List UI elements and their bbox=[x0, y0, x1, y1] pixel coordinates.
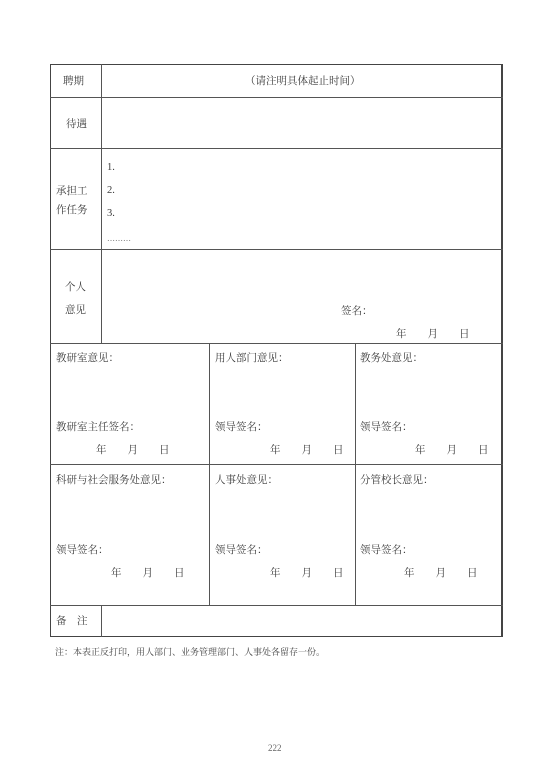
task-item-1[interactable]: 1. bbox=[107, 162, 115, 174]
teaching-office-opinion-label: 教研室意见： bbox=[56, 352, 119, 364]
tasks-label-line2: 作任务 bbox=[56, 204, 88, 216]
hiring-dept-signature-label: 领导签名： bbox=[215, 421, 268, 433]
hr-office-date: 年 月 日 bbox=[270, 567, 344, 579]
hiring-dept-opinion-label: 用人部门意见： bbox=[215, 352, 289, 364]
hr-office-opinion-label: 人事处意见： bbox=[215, 474, 278, 486]
row-divider bbox=[50, 148, 503, 149]
vice-president-opinion-label: 分管校长意见： bbox=[360, 474, 434, 486]
hr-office-signature-label: 领导签名： bbox=[215, 544, 268, 556]
research-office-signature-label: 领导签名： bbox=[56, 544, 109, 556]
hiring-dept-date: 年 月 日 bbox=[270, 444, 344, 456]
row-divider bbox=[50, 343, 503, 344]
term-field[interactable]: （请注明具体起止时间） bbox=[245, 75, 361, 87]
remarks-label: 备 注 bbox=[56, 615, 88, 627]
approval-column-divider bbox=[209, 343, 210, 605]
personal-label-line2: 意见 bbox=[65, 304, 86, 316]
task-ellipsis: ……… bbox=[107, 233, 131, 245]
remarks-field[interactable] bbox=[102, 606, 502, 636]
task-item-3[interactable]: 3. bbox=[107, 208, 115, 220]
academic-affairs-opinion-label: 教务处意见： bbox=[360, 352, 423, 364]
footnote: 注：本表正反打印，用人部门、业务管理部门、人事处各留存一份。 bbox=[55, 645, 325, 658]
personal-date: 年 月 日 bbox=[396, 328, 470, 340]
treatment-field[interactable] bbox=[102, 98, 502, 148]
teaching-office-date: 年 月 日 bbox=[96, 444, 170, 456]
tasks-label-line1: 承担工 bbox=[56, 185, 88, 197]
academic-affairs-signature-label: 领导签名： bbox=[360, 421, 413, 433]
term-label: 聘期 bbox=[63, 75, 84, 87]
form-table bbox=[50, 64, 503, 637]
vice-president-date: 年 月 日 bbox=[404, 567, 478, 579]
page-number: 222 bbox=[268, 743, 282, 753]
personal-label-line1: 个人 bbox=[65, 281, 86, 293]
approval-column-divider bbox=[355, 343, 356, 605]
personal-signature-label: 签名： bbox=[341, 305, 373, 317]
personal-opinion-field[interactable] bbox=[102, 250, 502, 300]
research-office-date: 年 月 日 bbox=[111, 567, 185, 579]
research-office-opinion-label: 科研与社会服务处意见： bbox=[56, 474, 172, 486]
academic-affairs-date: 年 月 日 bbox=[415, 444, 489, 456]
teaching-office-signature-label: 教研室主任签名： bbox=[56, 421, 140, 433]
treatment-label: 待遇 bbox=[66, 118, 87, 130]
vice-president-signature-label: 领导签名： bbox=[360, 544, 413, 556]
task-item-2[interactable]: 2. bbox=[107, 185, 115, 197]
row-divider bbox=[50, 464, 503, 465]
